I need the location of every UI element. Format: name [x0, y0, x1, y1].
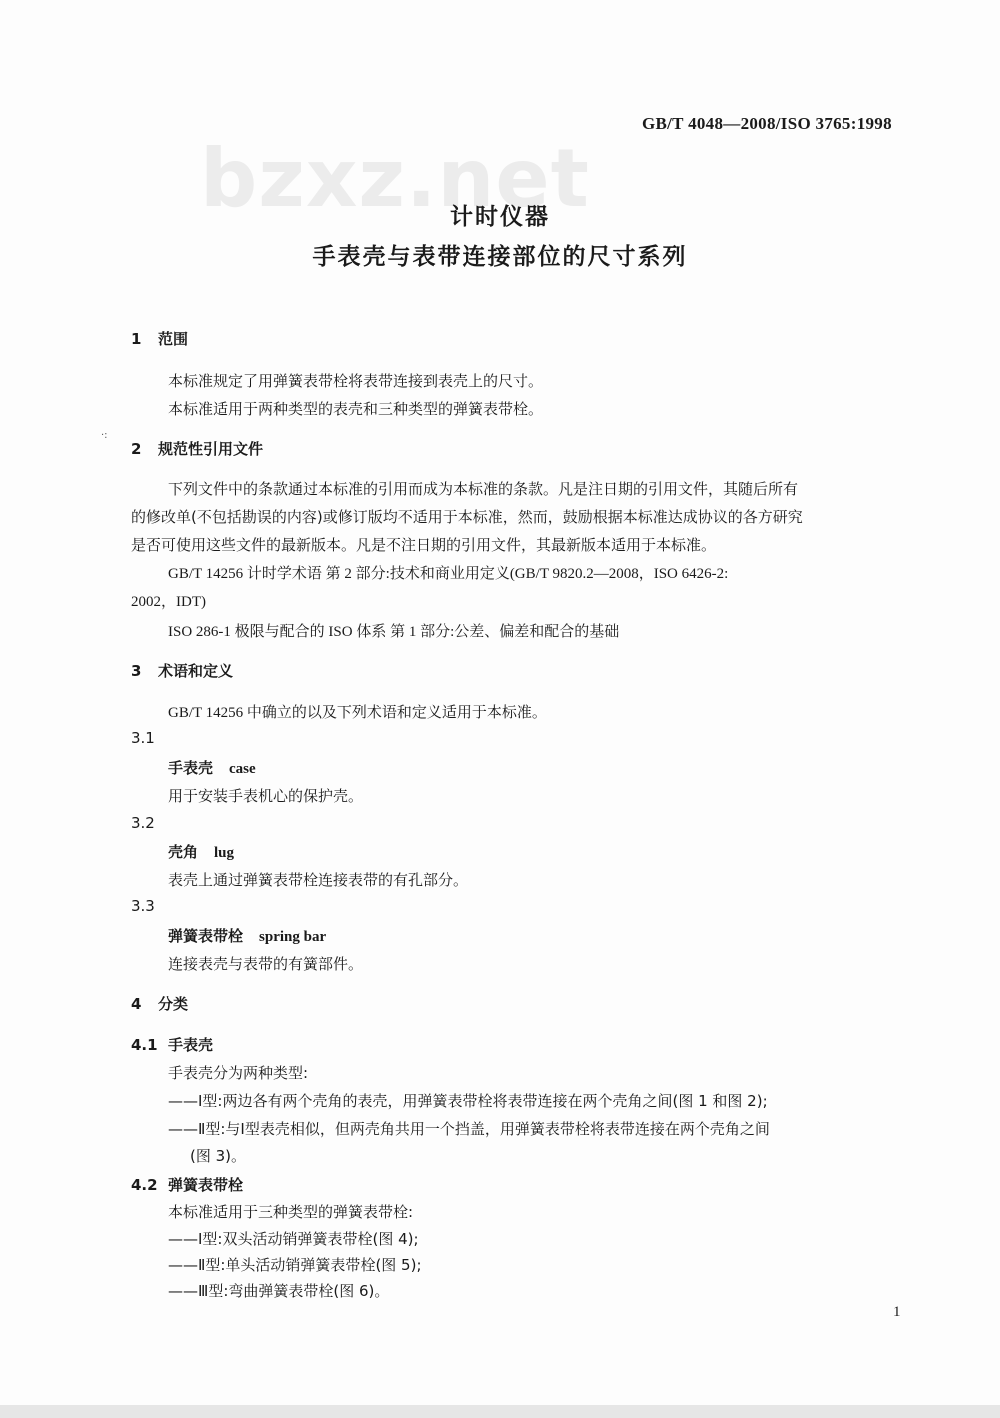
paragraph: 本标准适用于三种类型的弹簧表带栓:	[168, 1201, 413, 1222]
section-number: 1	[131, 330, 158, 348]
section-number: 4	[131, 995, 158, 1013]
subsection-heading-spring-bar: 4.2弹簧表带栓	[131, 1174, 243, 1195]
paragraph: GB/T 14256 中确立的以及下列术语和定义适用于本标准。	[168, 701, 547, 722]
page-number: 1	[893, 1304, 901, 1321]
list-item: ——Ⅲ型:弯曲弹簧表带栓(图 6)。	[168, 1280, 389, 1301]
term-entry: 手表壳case	[168, 757, 256, 778]
term-zh: 手表壳	[168, 759, 213, 777]
term-entry: 弹簧表带栓spring bar	[168, 925, 326, 946]
term-number: 3.2	[131, 814, 155, 832]
reference-item: ISO 286-1 极限与配合的 ISO 体系 第 1 部分:公差、偏差和配合的…	[168, 620, 619, 641]
subsection-number: 4.1	[131, 1036, 168, 1054]
term-en: case	[229, 761, 256, 777]
list-item-continued: (图 3)。	[190, 1145, 246, 1166]
paragraph: 本标准规定了用弹簧表带栓将表带连接到表壳上的尺寸。	[168, 370, 543, 391]
term-zh: 弹簧表带栓	[168, 927, 243, 945]
section-heading-terms: 3术语和定义	[131, 660, 233, 681]
term-zh: 壳角	[168, 843, 198, 861]
paragraph-line: 的修改单(不包括勘误的内容)或修订版均不适用于本标准，然而，鼓励根据本标准达成协…	[131, 506, 803, 527]
reference-item-continued: 2002，IDT)	[131, 590, 206, 611]
term-number: 3.3	[131, 897, 155, 915]
page-edge-shadow	[0, 1405, 1000, 1418]
term-en: lug	[214, 845, 234, 861]
list-item: ——Ⅱ型:与Ⅰ型表壳相似，但两壳角共用一个挡盖，用弹簧表带栓将表带连接在两个壳角…	[168, 1118, 770, 1139]
scan-speck: ·:	[101, 430, 108, 441]
term-definition: 用于安装手表机心的保护壳。	[168, 785, 363, 806]
list-item: ——Ⅰ型:两边各有两个壳角的表壳，用弹簧表带栓将表带连接在两个壳角之间(图 1 …	[168, 1090, 768, 1111]
section-title: 术语和定义	[158, 662, 233, 680]
section-title: 规范性引用文件	[158, 440, 263, 458]
paragraph: 本标准适用于两种类型的表壳和三种类型的弹簧表带栓。	[168, 398, 543, 419]
document-title-line2: 手表壳与表带连接部位的尺寸系列	[0, 238, 1000, 271]
subsection-title: 弹簧表带栓	[168, 1176, 243, 1194]
term-en: spring bar	[259, 929, 326, 945]
term-entry: 壳角lug	[168, 841, 234, 862]
section-heading-normative-references: 2规范性引用文件	[131, 438, 263, 459]
document-title-line1: 计时仪器	[0, 198, 1000, 231]
list-item: ——Ⅰ型:双头活动销弹簧表带栓(图 4);	[168, 1228, 419, 1249]
term-definition: 表壳上通过弹簧表带栓连接表带的有孔部分。	[168, 869, 468, 890]
paragraph: 手表壳分为两种类型:	[168, 1062, 308, 1083]
section-number: 3	[131, 662, 158, 680]
paragraph-line: 是否可使用这些文件的最新版本。凡是不注日期的引用文件，其最新版本适用于本标准。	[131, 534, 716, 555]
section-heading-scope: 1范围	[131, 328, 188, 349]
term-definition: 连接表壳与表带的有簧部件。	[168, 953, 363, 974]
section-heading-classification: 4分类	[131, 993, 188, 1014]
paragraph-line: 下列文件中的条款通过本标准的引用而成为本标准的条款。凡是注日期的引用文件，其随后…	[168, 478, 798, 499]
subsection-heading-case: 4.1手表壳	[131, 1034, 213, 1055]
section-number: 2	[131, 440, 158, 458]
reference-item: GB/T 14256 计时学术语 第 2 部分:技术和商业用定义(GB/T 98…	[168, 562, 728, 583]
subsection-title: 手表壳	[168, 1036, 213, 1054]
subsection-number: 4.2	[131, 1176, 168, 1194]
section-title: 分类	[158, 995, 188, 1013]
section-title: 范围	[158, 330, 188, 348]
term-number: 3.1	[131, 729, 155, 747]
document-page: GB/T 4048—2008/ISO 3765:1998 bzxz.net 计时…	[0, 0, 1000, 1418]
document-number: GB/T 4048—2008/ISO 3765:1998	[642, 114, 892, 134]
list-item: ——Ⅱ型:单头活动销弹簧表带栓(图 5);	[168, 1254, 422, 1275]
